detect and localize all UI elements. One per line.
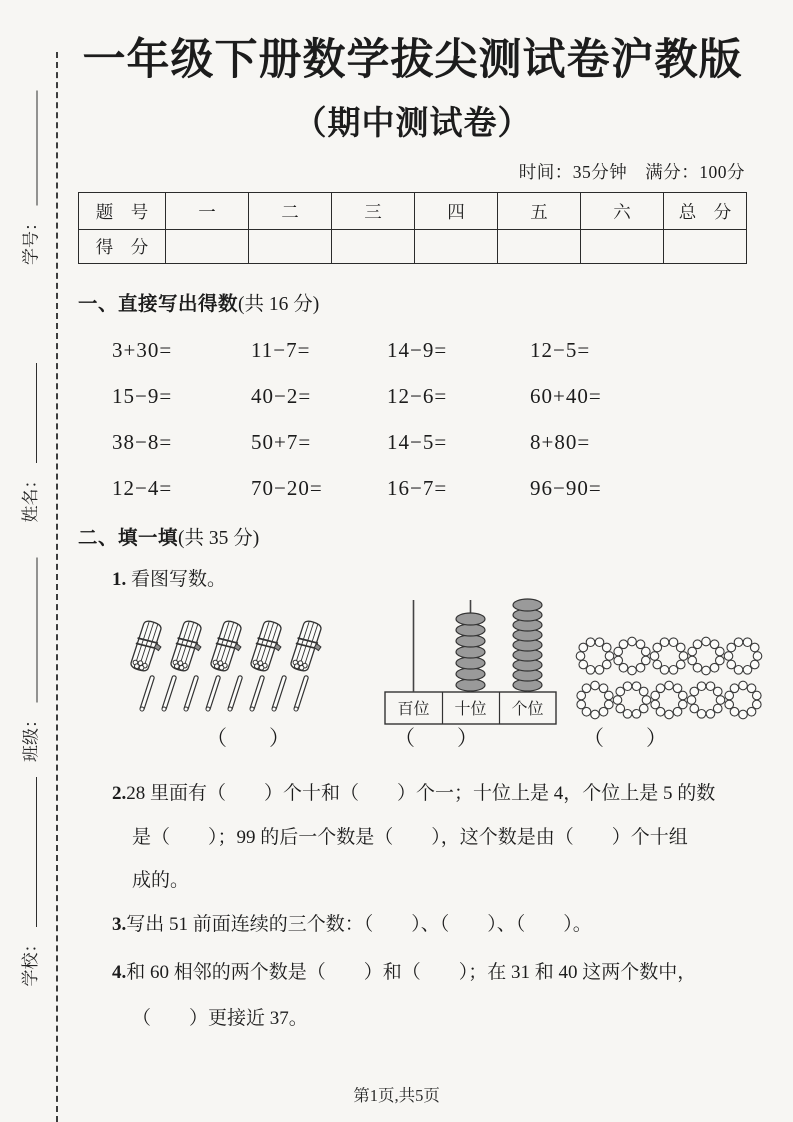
question-4-line1: 4.和 60 相邻的两个数是（ ）和（ ）；在 31 和 40 这两个数中， bbox=[112, 950, 747, 996]
score-table-header-row: 题 号 一 二 三 四 五 六 总 分 bbox=[79, 193, 747, 230]
answer-blank: （ ） bbox=[200, 722, 296, 752]
score-cell-empty bbox=[498, 230, 581, 264]
equation-item: 12−6= bbox=[387, 384, 530, 409]
score-table-col: 二 bbox=[249, 193, 332, 230]
bead-ring bbox=[650, 638, 688, 674]
score-cell-empty bbox=[332, 230, 415, 264]
question-4: 4.和 60 相邻的两个数是（ ）和（ ）；在 31 和 40 这两个数中， （… bbox=[78, 950, 747, 1042]
question-3-number: 3. bbox=[112, 914, 126, 935]
name-label: 姓名： bbox=[16, 472, 41, 523]
class-blank-line bbox=[37, 558, 38, 703]
single-sticks-layer bbox=[139, 675, 308, 711]
score-cell-empty bbox=[166, 230, 249, 264]
bead-ring bbox=[576, 638, 614, 674]
score-cell-empty bbox=[249, 230, 332, 264]
question-2-number: 2. bbox=[112, 783, 126, 804]
equation-item: 16−7= bbox=[387, 476, 530, 501]
bead-ring bbox=[687, 682, 725, 718]
score-table-corner-cell: 题 号 bbox=[79, 193, 166, 230]
equation-item: 3+30= bbox=[112, 338, 251, 363]
equation-item: 38−8= bbox=[112, 430, 251, 455]
name-blank-line bbox=[36, 364, 37, 464]
equation-item: 96−90= bbox=[530, 476, 747, 501]
bead-ring bbox=[613, 682, 651, 718]
student-id-label: 学号： bbox=[17, 214, 42, 265]
section2-points: (共 35 分) bbox=[178, 528, 259, 549]
equation-item: 60+40= bbox=[530, 384, 747, 409]
bead-ring bbox=[577, 681, 613, 719]
bead-ring bbox=[725, 681, 761, 719]
paper-body: 一年级下册数学拔尖测试卷沪教版 （期中测试卷） 时间：35分钟 满分：100分 … bbox=[78, 0, 747, 1122]
equation-item: 14−5= bbox=[387, 430, 530, 455]
bead-ring bbox=[688, 637, 724, 675]
section1-heading-text: 一、直接写出得数 bbox=[78, 293, 238, 315]
equation-item: 14−9= bbox=[387, 338, 530, 363]
section1-heading: 一、直接写出得数(共 16 分) bbox=[78, 288, 319, 316]
margin-dashed-line bbox=[56, 52, 58, 1122]
page-footer: 第1页,共5页 bbox=[0, 1082, 793, 1106]
paper-subtitle: （期中测试卷） bbox=[78, 97, 747, 144]
equation-item: 15−9= bbox=[112, 384, 251, 409]
question-1-text: 看图写数。 bbox=[131, 569, 226, 590]
equation-item: 50+7= bbox=[251, 430, 387, 455]
sidebar-field-name: 姓名： bbox=[15, 360, 41, 526]
equation-item: 40−2= bbox=[251, 384, 387, 409]
stick-bundles-layer bbox=[128, 619, 327, 674]
paper-title: 一年级下册数学拔尖测试卷沪教版 bbox=[78, 26, 747, 87]
question-4-text: 和 60 相邻的两个数是（ ）和（ ）；在 31 和 40 这两个数中， bbox=[126, 962, 696, 983]
question-2-line1: 2.28 里面有（ ）个十和（ ）个一；十位上是 4，个位上是 5 的数 bbox=[112, 772, 747, 816]
bead-ring bbox=[651, 681, 687, 719]
score-cell-empty bbox=[415, 230, 498, 264]
answer-blank: （ ） bbox=[577, 722, 673, 752]
equation-item: 12−4= bbox=[112, 476, 251, 501]
student-id-blank-line bbox=[37, 91, 38, 206]
section2-heading-text: 二、填一填 bbox=[78, 527, 178, 549]
equation-item: 70−20= bbox=[251, 476, 387, 501]
abacus-illustration: 百位十位个位 bbox=[383, 596, 561, 726]
equation-item: 12−5= bbox=[530, 338, 747, 363]
stick-bundles-illustration bbox=[133, 618, 348, 718]
question-4-line2: （ ）更接近 37。 bbox=[112, 996, 747, 1042]
section2-heading: 二、填一填(共 35 分) bbox=[78, 522, 259, 550]
equation-item: 11−7= bbox=[251, 338, 387, 363]
sidebar-field-class: 班级： bbox=[16, 555, 42, 766]
question-1: 1. 看图写数。 bbox=[78, 558, 747, 602]
abacus-place-label: 个位 bbox=[511, 700, 543, 718]
section1-points: (共 16 分) bbox=[238, 294, 319, 315]
question-3-text: 写出 51 前面连续的三个数：（ ）、（ ）、（ ）。 bbox=[126, 914, 592, 935]
answer-blank: （ ） bbox=[388, 722, 484, 752]
school-blank-line bbox=[36, 778, 37, 928]
score-table-col: 三 bbox=[332, 193, 415, 230]
question-2: 2.28 里面有（ ）个十和（ ）个一；十位上是 4，个位上是 5 的数 是（ … bbox=[78, 772, 747, 903]
bead-ring bbox=[614, 637, 650, 675]
class-label: 班级： bbox=[17, 711, 42, 762]
question-2-line2: 是（ ）；99 的后一个数是（ ），这个数是由（ ）个十组 bbox=[112, 816, 747, 860]
equation-item: 8+80= bbox=[530, 430, 747, 455]
bead-rings-illustration bbox=[573, 596, 765, 726]
section1-problems: 3+30= 11−7= 14−9= 12−5= 15−9= 40−2= 12−6… bbox=[78, 327, 747, 511]
score-table-col: 五 bbox=[498, 193, 581, 230]
exam-meta: 时间：35分钟 满分：100分 bbox=[519, 159, 745, 184]
score-table-col: 四 bbox=[415, 193, 498, 230]
question-3: 3.写出 51 前面连续的三个数：（ ）、（ ）、（ ）。 bbox=[78, 903, 747, 947]
score-table: 题 号 一 二 三 四 五 六 总 分 得 分 bbox=[78, 192, 747, 264]
test-paper-page: 学号： 姓名： 班级： 学校： 一年级下册数学拔尖测试卷沪教版 （期中测试卷） … bbox=[0, 0, 793, 1122]
abacus-place-label: 百位 bbox=[397, 700, 429, 718]
score-table-col: 一 bbox=[166, 193, 249, 230]
bead-ring bbox=[724, 638, 762, 674]
score-cell-empty bbox=[581, 230, 664, 264]
sidebar-field-school: 学校： bbox=[15, 774, 41, 990]
score-table-col: 总 分 bbox=[664, 193, 747, 230]
question-4-number: 4. bbox=[112, 962, 126, 983]
sidebar-field-student-id: 学号： bbox=[16, 88, 42, 269]
question-2-text: 28 里面有（ ）个十和（ ）个一；十位上是 4，个位上是 5 的数 bbox=[126, 783, 715, 804]
question-1-number: 1. bbox=[112, 569, 126, 590]
school-label: 学校： bbox=[16, 936, 41, 987]
score-table-score-row: 得 分 bbox=[79, 230, 747, 264]
score-row-label: 得 分 bbox=[79, 230, 166, 264]
score-cell-empty bbox=[664, 230, 747, 264]
question-2-line3: 成的。 bbox=[112, 859, 747, 903]
score-table-col: 六 bbox=[581, 193, 664, 230]
question-1-illustrations: 百位十位个位 bbox=[78, 596, 747, 728]
abacus-place-label: 十位 bbox=[454, 700, 486, 718]
